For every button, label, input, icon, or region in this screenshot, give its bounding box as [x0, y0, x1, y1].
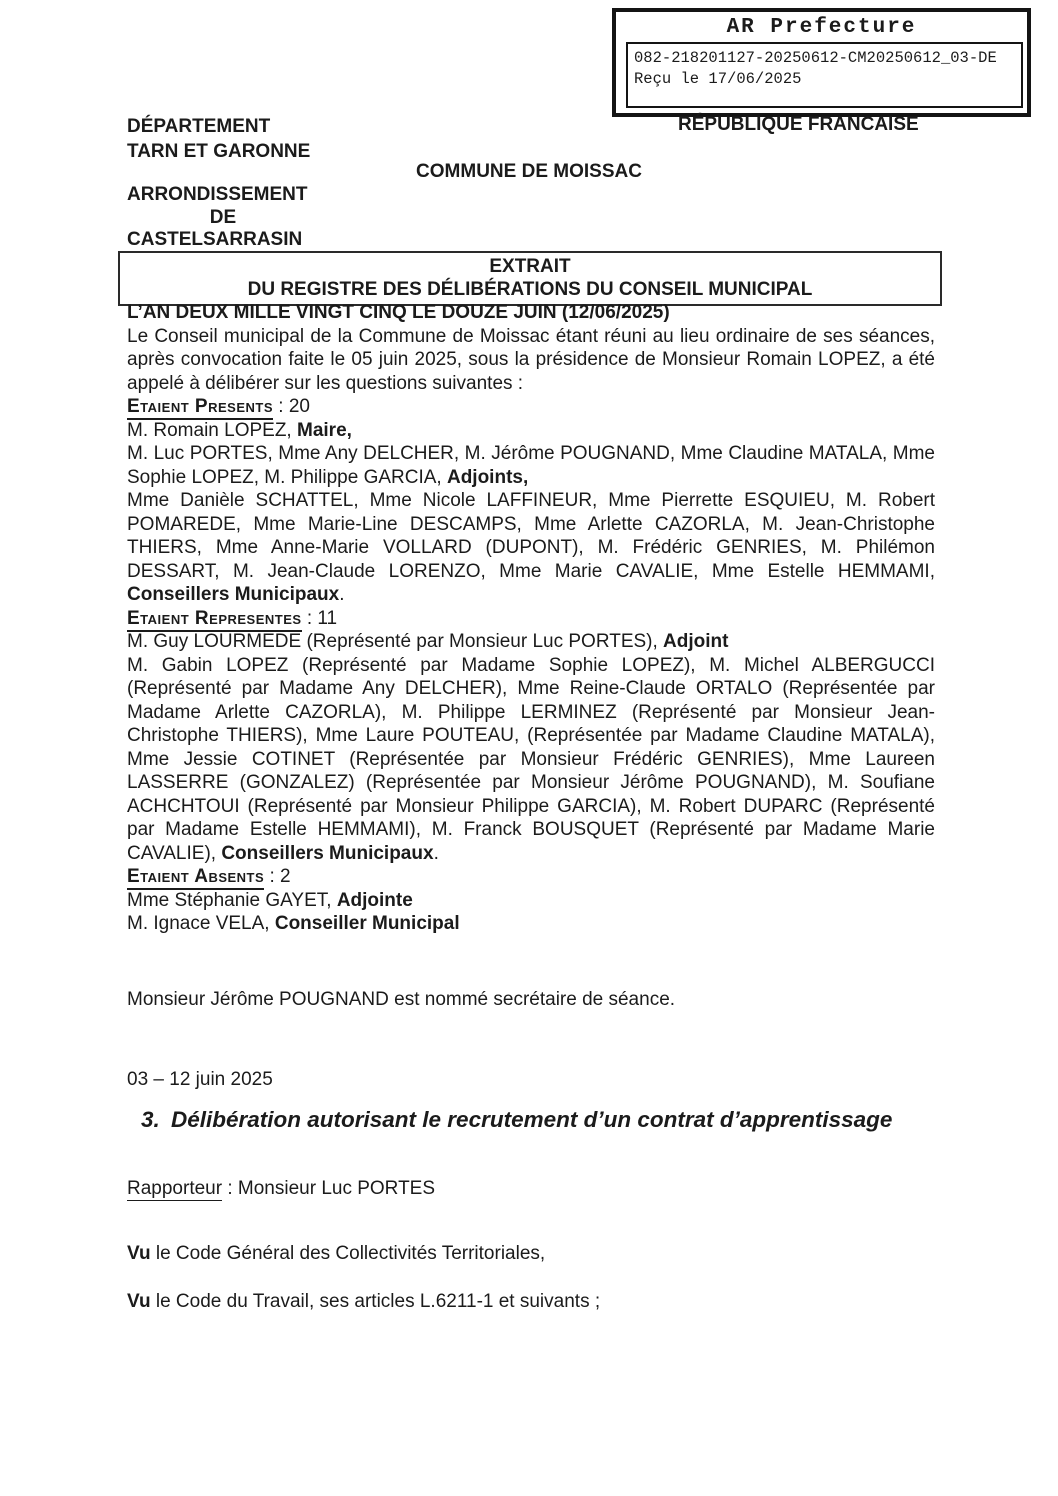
header-republique: RÉPUBLIQUE FRANCAISE	[678, 114, 919, 136]
stamp-received-date: Reçu le 17/06/2025	[634, 69, 1015, 90]
absents-line-1: Mme Stéphanie GAYET, Adjointe	[127, 889, 935, 913]
rapporteur-name: : Monsieur Luc PORTES	[222, 1178, 435, 1199]
main-content: L’AN DEUX MILLE VINGT CINQ LE DOUZE JUIN…	[127, 301, 935, 1313]
presents-label: Etaient Presents	[127, 396, 273, 420]
presents-conseillers-role: Conseillers Municipaux	[127, 584, 339, 605]
vu-2-text: le Code du Travail, ses articles L.6211-…	[151, 1291, 601, 1312]
document-page: AR Prefecture 082-218201127-20250612-CM2…	[0, 0, 1058, 1496]
agenda-reference: 03 – 12 juin 2025	[127, 1068, 935, 1092]
stamp-title: AR Prefecture	[616, 12, 1027, 42]
presents-header: Etaient Presents : 20	[127, 395, 935, 419]
presents-adjoints-role: Adjoints,	[447, 467, 528, 488]
secretary-line: Monsieur Jérôme POUGNAND est nommé secré…	[127, 988, 935, 1012]
representes-conseillers-role: Conseillers Municipaux	[221, 843, 433, 864]
extrait-line1: EXTRAIT	[120, 255, 940, 278]
presents-conseillers-suffix: .	[339, 584, 344, 605]
representes-conseillers-names: M. Gabin LOPEZ (Représenté par Madame So…	[127, 655, 935, 864]
stamp-inner-box: 082-218201127-20250612-CM20250612_03-DE …	[626, 42, 1023, 108]
header-arrondissement: ARRONDISSEMENT DE CASTELSARRASIN	[127, 184, 319, 252]
vu-item-1: Vu le Code Général des Collectivités Ter…	[127, 1242, 935, 1266]
representes-count: : 11	[302, 608, 338, 629]
presents-maire-role: Maire,	[297, 420, 352, 441]
session-date-line: L’AN DEUX MILLE VINGT CINQ LE DOUZE JUIN…	[127, 301, 935, 325]
extrait-line2: DU REGISTRE DES DÉLIBÉRATIONS DU CONSEIL…	[120, 278, 940, 301]
absents-label: Etaient Absents	[127, 866, 264, 890]
vu-2-keyword: Vu	[127, 1291, 151, 1312]
presents-count: : 20	[273, 396, 310, 417]
vu-item-2: Vu le Code du Travail, ses articles L.62…	[127, 1290, 935, 1314]
presents-maire-names: M. Romain LOPEZ,	[127, 420, 297, 441]
absents-line-1-name: Mme Stéphanie GAYET,	[127, 890, 337, 911]
representes-adjoint-role: Adjoint	[663, 631, 728, 652]
ar-prefecture-stamp: AR Prefecture 082-218201127-20250612-CM2…	[612, 8, 1031, 117]
absents-count: : 2	[264, 866, 290, 887]
representes-conseillers-suffix: .	[434, 843, 439, 864]
extrait-title-box: EXTRAIT DU REGISTRE DES DÉLIBÉRATIONS DU…	[118, 251, 942, 306]
representes-label: Etaient Representes	[127, 608, 302, 632]
absents-line-2-name: M. Ignace VELA,	[127, 913, 275, 934]
departement-line1: DÉPARTEMENT	[127, 114, 310, 139]
absents-header: Etaient Absents : 2	[127, 865, 935, 889]
presents-conseillers-names: Mme Danièle SCHATTEL, Mme Nicole LAFFINE…	[127, 490, 935, 582]
header-commune: COMMUNE DE MOISSAC	[0, 161, 1058, 183]
arrondissement-line2: DE	[127, 207, 319, 230]
session-intro: Le Conseil municipal de la Commune de Mo…	[127, 325, 935, 396]
heading-number: 3.	[141, 1104, 171, 1135]
absents-line-1-role: Adjointe	[337, 890, 413, 911]
presents-conseillers-line: Mme Danièle SCHATTEL, Mme Nicole LAFFINE…	[127, 489, 935, 607]
presents-maire-line: M. Romain LOPEZ, Maire,	[127, 419, 935, 443]
stamp-code: 082-218201127-20250612-CM20250612_03-DE	[634, 48, 1015, 69]
absents-line-2: M. Ignace VELA, Conseiller Municipal	[127, 912, 935, 936]
rapporteur-label: Rapporteur	[127, 1178, 222, 1201]
deliberation-heading: 3. Délibération autorisant le recrutemen…	[127, 1104, 935, 1135]
representes-header: Etaient Representes : 11	[127, 607, 935, 631]
representes-adjoint-line: M. Guy LOURMEDE (Représenté par Monsieur…	[127, 630, 935, 654]
header-departement: DÉPARTEMENT TARN ET GARONNE	[127, 114, 310, 164]
absents-line-2-role: Conseiller Municipal	[275, 913, 460, 934]
presents-adjoints-names: M. Luc PORTES, Mme Any DELCHER, M. Jérôm…	[127, 443, 935, 488]
rapporteur-line: Rapporteur : Monsieur Luc PORTES	[127, 1177, 935, 1201]
arrondissement-line3: CASTELSARRASIN	[127, 229, 319, 252]
representes-conseillers-line: M. Gabin LOPEZ (Représenté par Madame So…	[127, 654, 935, 866]
arrondissement-line1: ARRONDISSEMENT	[127, 184, 319, 207]
vu-1-text: le Code Général des Collectivités Territ…	[151, 1243, 546, 1264]
heading-text: Délibération autorisant le recrutement d…	[171, 1104, 935, 1135]
vu-1-keyword: Vu	[127, 1243, 151, 1264]
presents-adjoints-line: M. Luc PORTES, Mme Any DELCHER, M. Jérôm…	[127, 442, 935, 489]
representes-adjoint-names: M. Guy LOURMEDE (Représenté par Monsieur…	[127, 631, 663, 652]
